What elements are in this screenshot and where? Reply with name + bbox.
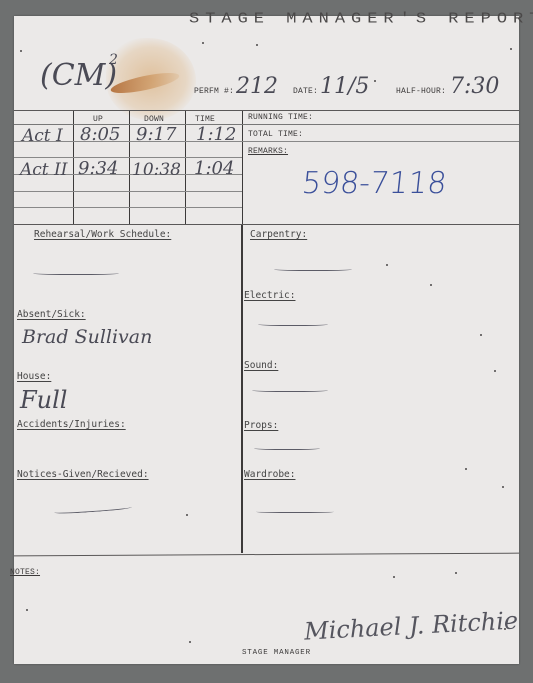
table-row-rule <box>14 191 242 192</box>
corner-note-sup: 2 <box>109 52 118 68</box>
table-cell-act: Act II <box>20 160 67 180</box>
table-cell-time: 1:04 <box>194 158 234 179</box>
speck <box>510 48 512 50</box>
speck <box>455 572 457 574</box>
table-cell-up: 9:34 <box>78 158 118 179</box>
speck <box>374 80 376 82</box>
section-label-wardrobe: Wardrobe: <box>244 469 295 480</box>
sections-divider <box>241 225 243 553</box>
total-time-label: TOTAL TIME: <box>248 130 303 139</box>
col-header-down: DOWN <box>144 115 164 124</box>
section-label-props: Props: <box>244 420 278 431</box>
table-divider <box>242 111 243 224</box>
perfm-label: PERFM #: <box>194 87 234 96</box>
speck <box>202 42 204 44</box>
col-header-up: UP <box>93 115 103 124</box>
section-label-absent: Absent/Sick: <box>17 309 86 320</box>
date-label: DATE: <box>293 87 318 96</box>
table-bottom-rule <box>14 224 519 225</box>
section-label-house: House: <box>17 371 51 382</box>
remarks-value: 598-7118 <box>300 166 448 201</box>
section-label-accidents: Accidents/Injuries: <box>17 419 126 430</box>
table-cell-act: Act I <box>22 126 63 146</box>
signature-label: STAGE MANAGER <box>242 649 311 657</box>
speck <box>465 468 467 470</box>
signature: Michael J. Ritchie <box>303 606 518 645</box>
half-hour-value: 7:30 <box>450 74 499 99</box>
half-hour-label: HALF-HOUR: <box>396 87 446 96</box>
speck <box>386 264 388 266</box>
table-cell-time: 1:12 <box>196 124 236 145</box>
report-title: STAGE MANAGER'S REPORT <box>189 11 533 27</box>
speck <box>502 486 504 488</box>
table-cell-up: 8:05 <box>80 124 120 145</box>
sections-bottom-rule <box>14 553 519 557</box>
remarks-label: REMARKS: <box>248 147 288 156</box>
speck <box>430 284 432 286</box>
speck <box>20 50 22 52</box>
table-cell-down: 10:38 <box>132 160 181 180</box>
section-label-electric: Electric: <box>244 290 295 301</box>
speck <box>393 576 395 578</box>
perfm-value: 212 <box>236 74 278 99</box>
pen-dash <box>33 271 119 275</box>
corner-note: (CM) <box>40 58 117 93</box>
table-row-rule <box>14 207 242 208</box>
speck <box>186 514 188 516</box>
speck <box>256 44 258 46</box>
speck <box>494 370 496 372</box>
pen-dash <box>256 510 334 513</box>
speck <box>504 628 506 630</box>
running-time-label: RUNNING TIME: <box>248 113 313 122</box>
section-label-carpentry: Carpentry: <box>250 229 307 240</box>
speck <box>189 641 191 643</box>
date-value: 11/5 <box>320 74 369 99</box>
report-sheet: STAGE MANAGER'S REPORT (CM) 2 PERFM #: 2… <box>14 16 519 664</box>
pen-dash <box>254 446 320 450</box>
pen-dash <box>258 322 328 326</box>
pen-dash <box>252 388 328 392</box>
pen-dash <box>274 267 352 271</box>
section-label-rehearsal: Rehearsal/Work Schedule: <box>34 229 171 240</box>
house-value: Full <box>20 386 67 414</box>
speck <box>26 609 28 611</box>
section-label-notices: Notices-Given/Recieved: <box>17 469 149 480</box>
absent-value: Brad Sullivan <box>22 326 152 348</box>
section-label-sound: Sound: <box>244 360 278 371</box>
pen-dash <box>54 503 132 514</box>
header-rule <box>14 110 519 111</box>
notes-label: NOTES: <box>10 568 40 577</box>
table-cell-down: 9:17 <box>136 124 176 145</box>
speck <box>480 334 482 336</box>
col-header-time: TIME <box>195 115 215 124</box>
